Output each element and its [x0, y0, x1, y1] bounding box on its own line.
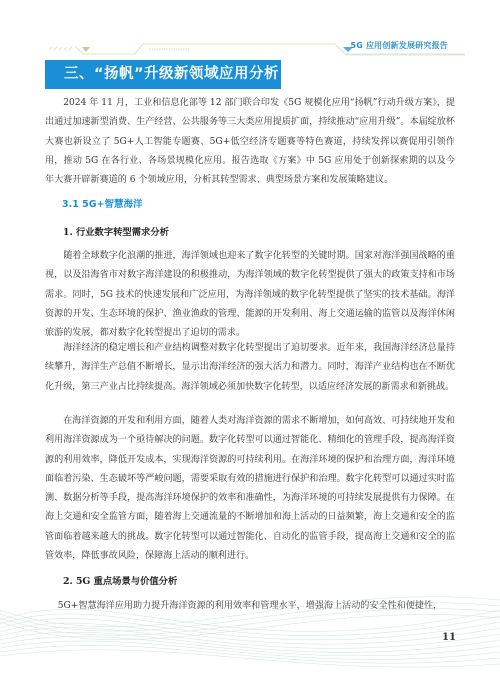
paragraph-1: 随着全球数字化浪潮的推进，海洋领域也迎来了数字化转型的关键时期。国家对海洋强国战… [45, 247, 455, 343]
document-page: ››››››››››››››››› 5G 应用创新发展研究报告 三、“扬帆”升级… [0, 0, 500, 679]
wave-lines-decoration-icon [0, 580, 500, 679]
page-number: 11 [442, 632, 456, 643]
report-title: 5G 应用创新发展研究报告 [350, 40, 448, 51]
intro-text: 2024 年 11 月，工业和信息化部等 12 部门联合印发《5G 规模化应用“… [45, 94, 455, 190]
subsection-title: 3.1 5G+智慧海洋 [62, 196, 143, 210]
paragraph-text: 海洋经济的稳定增长和产业结构调整对数字化转型提出了迫切要求。近年来，我国海洋经济… [45, 339, 455, 397]
svg-text:›››››››››››››››››: ››››››››››››››››› [149, 46, 190, 53]
section-title-banner: 三、“扬帆”升级新领域应用分析 [45, 60, 281, 89]
paragraph-text: 在海洋资源的开发和利用方面，随着人类对海洋资源的需求不断增加，如何高效、可持续地… [45, 412, 455, 566]
paragraph-text: 随着全球数字化浪潮的推进，海洋领域也迎来了数字化转型的关键时期。国家对海洋强国战… [45, 247, 455, 343]
paragraph-2: 海洋经济的稳定增长和产业结构调整对数字化转型提出了迫切要求。近年来，我国海洋经济… [45, 339, 455, 397]
intro-paragraph: 2024 年 11 月，工业和信息化部等 12 部门联合印发《5G 规模化应用“… [45, 94, 455, 190]
heading-demand-analysis: 1. 行业数字转型需求分析 [63, 224, 169, 238]
paragraph-3: 在海洋资源的开发和利用方面，随着人类对海洋资源的需求不断增加，如何高效、可持续地… [45, 412, 455, 566]
